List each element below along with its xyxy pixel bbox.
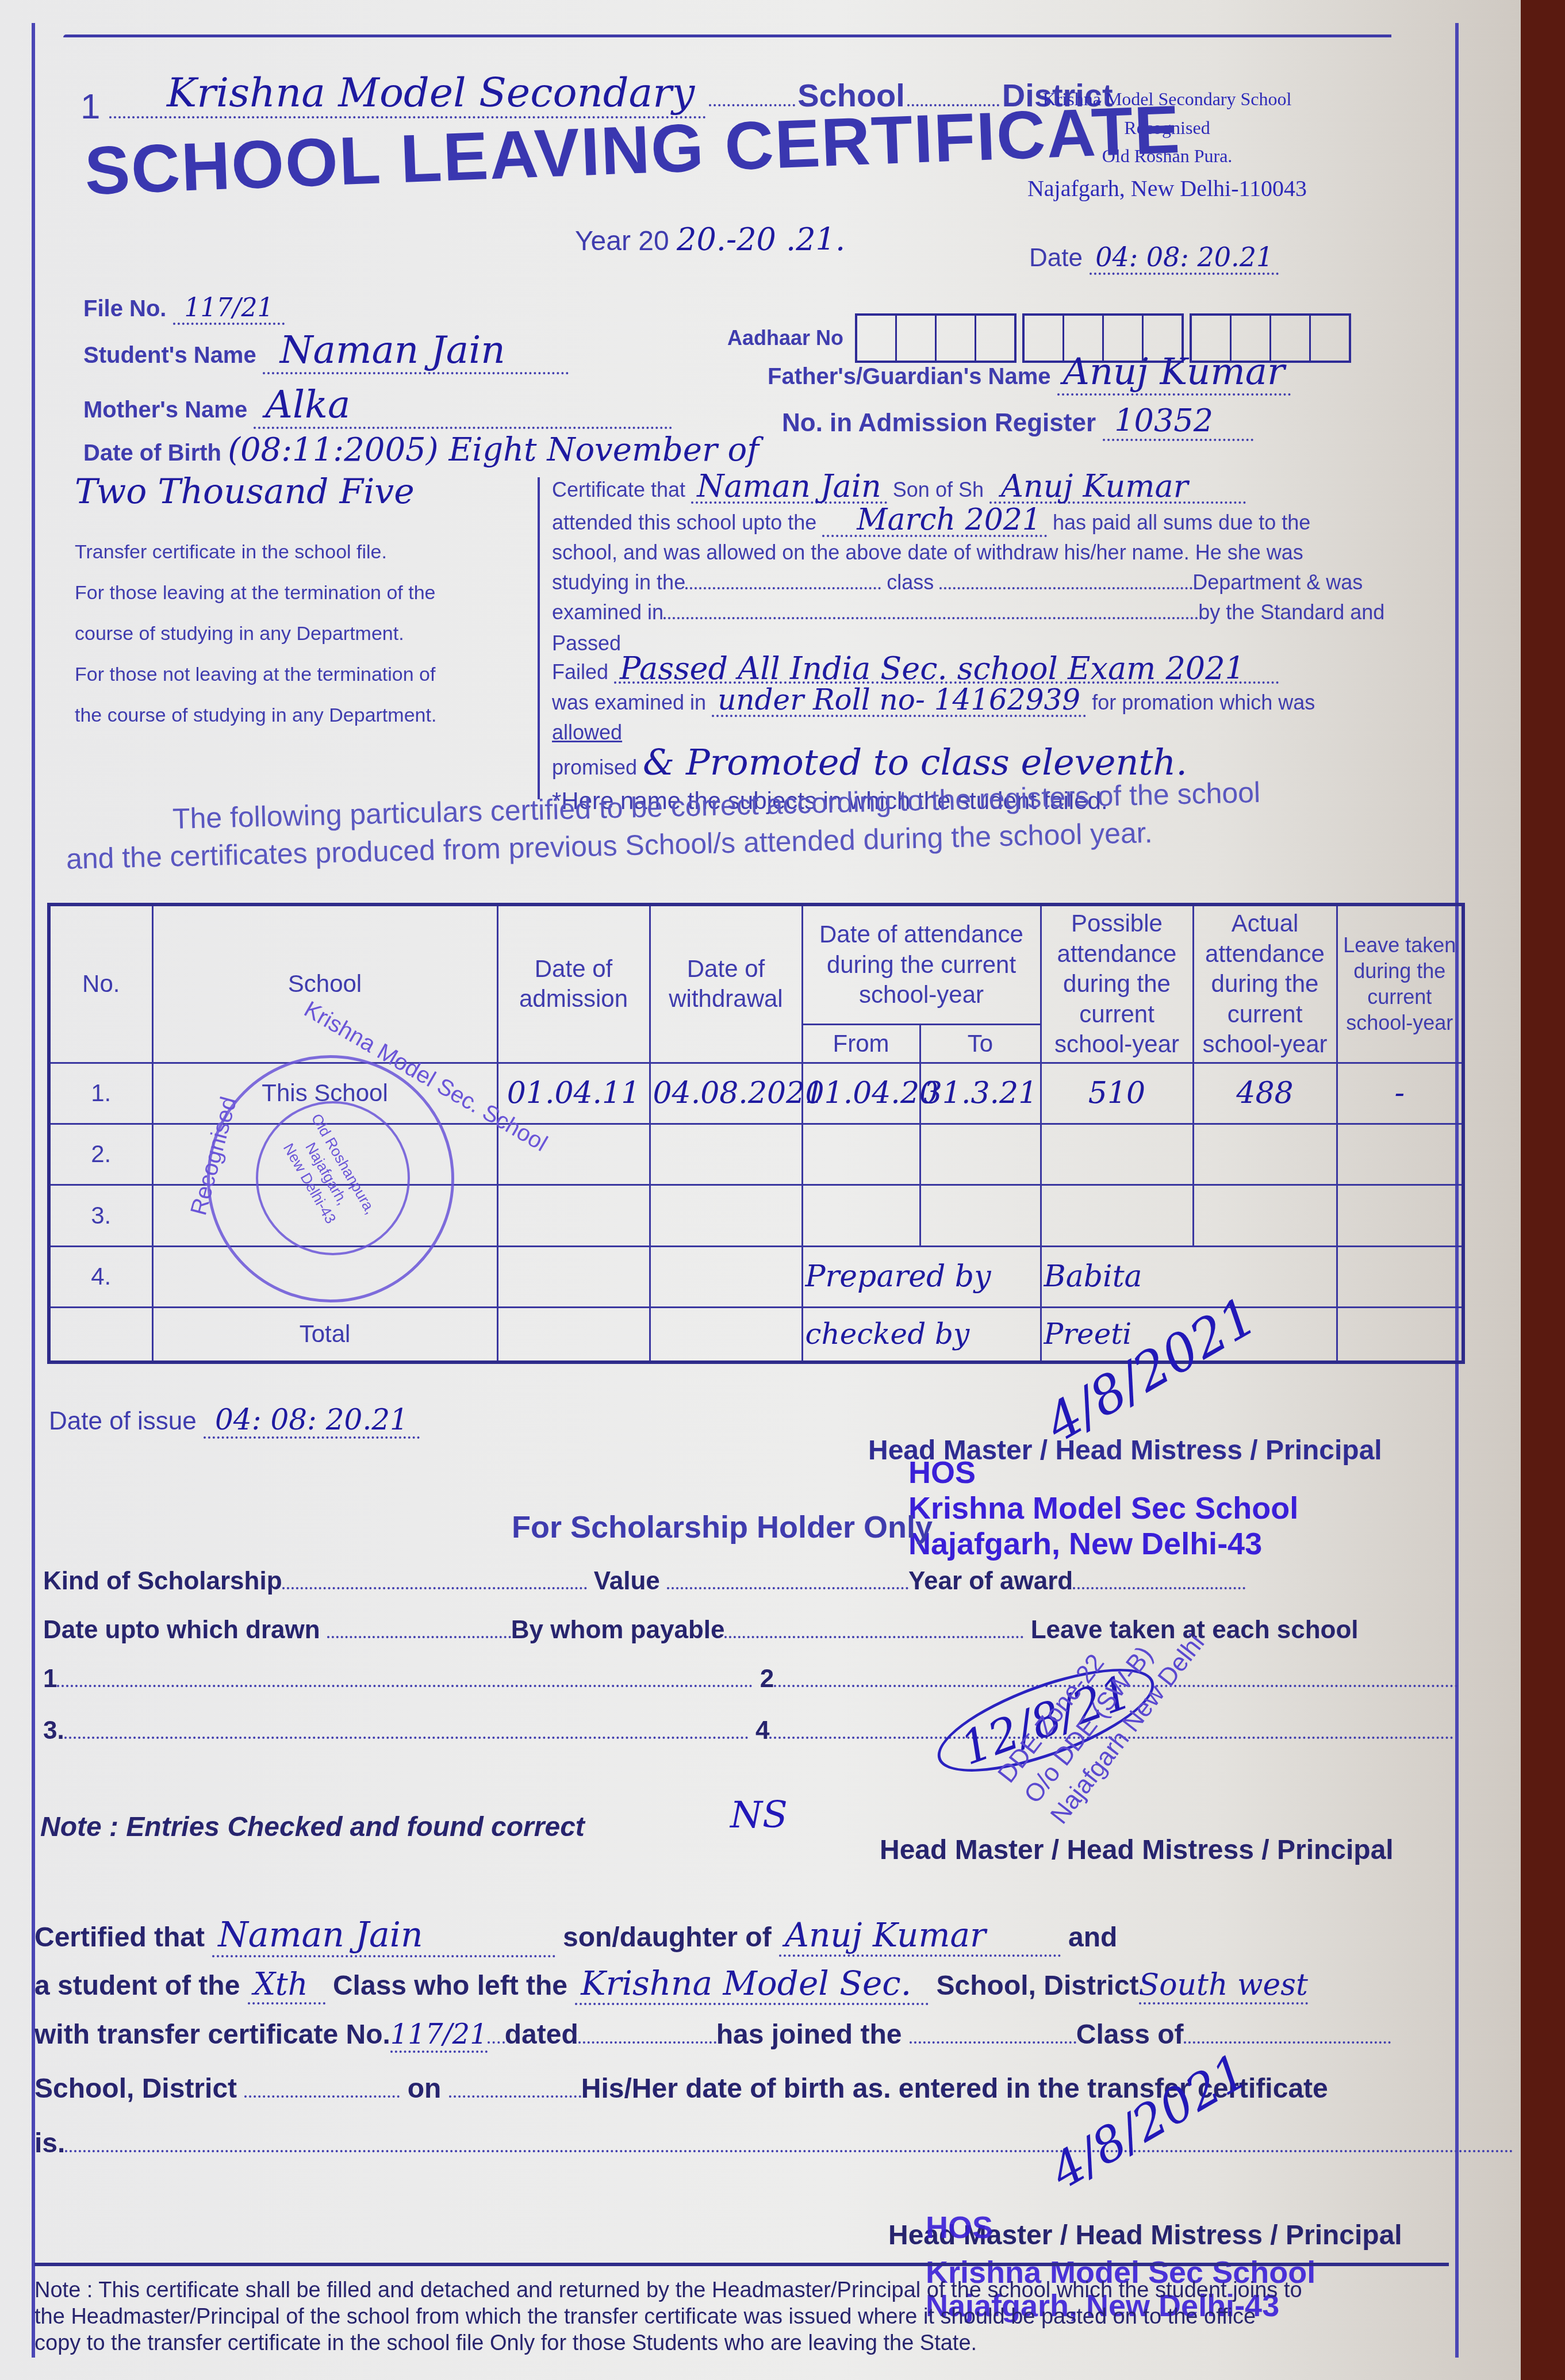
cert-student-name: Naman Jain [691, 472, 887, 504]
admission-register-label: No. in Admission Register [782, 409, 1096, 437]
hos-stamp-line: HOS [908, 1455, 1298, 1490]
cell-no: 4. [49, 1246, 152, 1307]
verification-initials: NS [730, 1794, 788, 1837]
col-leave: Leave taken during the current school-ye… [1337, 905, 1463, 1063]
joining-student-name: Naman Jain [212, 1915, 555, 1957]
cell-no: 1. [49, 1063, 152, 1124]
verification-note: Note : Entries Checked and found correct [40, 1811, 585, 1843]
failed-label: Failed [552, 660, 608, 684]
tc-label: with transfer certificate No. [34, 2019, 390, 2050]
payable-label: By whom payable [511, 1616, 725, 1644]
left-notes: Transfer certificate in the school file.… [75, 532, 436, 736]
school-name-value: Krishna Model Secondary [109, 69, 706, 118]
certified-that-label: Certified that [34, 1922, 205, 1953]
school-district-label: School, District [937, 1971, 1139, 2001]
class-of-label: Class of [1076, 2019, 1184, 2050]
mother-name-field: Mother's Name Alka [83, 382, 672, 429]
footer-note-line: the Headmaster/Principal of the school f… [34, 2304, 1302, 2330]
col-possible: Possible attendance during the current s… [1041, 905, 1193, 1063]
dob-label: Date of Birth [83, 440, 221, 466]
dated-label: dated [505, 2019, 578, 2050]
cell-admission: 01.04.11 [497, 1063, 650, 1124]
tc-no-value: 117/21 [390, 2018, 488, 2053]
file-no-label: File No. [83, 296, 166, 321]
prepared-by-label: Prepared by [802, 1246, 1041, 1307]
cell-actual: 488 [1193, 1063, 1337, 1124]
scholarship-row-4: 3. 4 [43, 1716, 1453, 1745]
total-cell [497, 1308, 650, 1362]
cell-to [920, 1124, 1041, 1185]
scholarship-item: 1 [43, 1665, 57, 1693]
father-name-field: Father's/Guardian's Name Anuj Kumar [768, 351, 1291, 396]
son-daughter-label: son/daughter of [563, 1922, 772, 1953]
cert-father-name: Anuj Kumar [989, 472, 1246, 504]
hos-stamp-line: HOS [926, 2211, 1315, 2244]
and-label: and [1068, 1922, 1117, 1953]
hos-stamp-line: Najafgarh, New Delhi-43 [908, 1526, 1298, 1562]
promotion-label: for promation which was [1092, 691, 1315, 714]
mother-name-value: Alka [254, 382, 672, 429]
scholarship-title: For Scholarship Holder Only [512, 1509, 933, 1545]
left-note: For those leaving at the termination of … [75, 573, 436, 614]
scholarship-item: 3. [43, 1716, 64, 1745]
cell-leave [1337, 1124, 1463, 1185]
prepared-by-name: Babita [1041, 1246, 1337, 1307]
hos-stamp: HOS Krishna Model Sec School Najafgarh, … [908, 1455, 1298, 1562]
cell-from: 01.04.20 [802, 1063, 920, 1124]
hos-stamp-line: Krishna Model Sec School [908, 1490, 1298, 1526]
cell-admission [497, 1246, 650, 1307]
cell-leave [1337, 1185, 1463, 1246]
promotion-value: & Promoted to class eleventh. [643, 741, 1187, 783]
scholarship-item: 4 [755, 1716, 769, 1745]
total-cell [1337, 1308, 1463, 1362]
examined-label: examined in [552, 600, 663, 624]
year-of-award-label: Year of award [908, 1567, 1073, 1595]
total-cell [650, 1308, 802, 1362]
cell-leave: - [1337, 1063, 1463, 1124]
cell-leave [1337, 1246, 1463, 1307]
col-admission: Date of admission [497, 905, 650, 1063]
roll-no-value: under Roll no- 14162939 [712, 685, 1086, 717]
col-school: School [152, 905, 497, 1063]
cell-from [802, 1185, 920, 1246]
student-name-value: Naman Jain [263, 328, 569, 374]
file-no-field: File No. 117/21 [83, 293, 285, 325]
issue-date-value: 04: 08: 20.21 [204, 1403, 420, 1439]
cell-withdrawal: 04.08.2021 [650, 1063, 802, 1124]
date-drawn-label: Date upto which drawn [43, 1616, 320, 1644]
col-withdrawal: Date of withdrawal [650, 905, 802, 1063]
class-label: class [887, 570, 934, 594]
issue-date-field: Date of issue 04: 08: 20.21 [49, 1403, 420, 1439]
admission-register-value: 10352 [1103, 403, 1253, 441]
is-label: is. [34, 2128, 65, 2159]
cell-to: 31.3.21 [920, 1063, 1041, 1124]
cell-to [920, 1185, 1041, 1246]
year-label: Year 20 [575, 226, 669, 256]
cell-withdrawal [650, 1185, 802, 1246]
cell-no: 2. [49, 1124, 152, 1185]
col-no: No. [49, 905, 152, 1063]
cell-withdrawal [650, 1246, 802, 1307]
total-no-cell [49, 1308, 152, 1362]
joining-parent-name: Anuj Kumar [779, 1915, 1061, 1957]
scholarship-row-3: 1 2 [43, 1665, 1458, 1693]
paid-dues-label: has paid all sums due to the [1053, 511, 1310, 534]
kind-label: Kind of Scholarship [43, 1567, 282, 1595]
value-label: Value [594, 1567, 660, 1595]
attended-label: attended this school upto the [552, 511, 816, 534]
admission-register-field: No. in Admission Register 10352 [782, 403, 1253, 441]
standard-label: by the Standard and [1198, 600, 1384, 624]
checked-by-label: checked by [802, 1308, 1041, 1362]
top-border [63, 35, 1391, 37]
joining-line-5: is. [34, 2128, 1514, 2159]
left-note: course of studying in any Department. [75, 614, 436, 654]
joining-line-1: Certified that Naman Jain son/daughter o… [34, 1915, 1117, 1957]
exam-result-value: Passed All India Sec. school Exam 2021 [614, 656, 1279, 684]
father-name-value: Anuj Kumar [1057, 351, 1291, 396]
school-district-label-2: School, District [34, 2074, 237, 2104]
footer-note-line: Note : This certificate shall be filled … [34, 2277, 1302, 2304]
mother-name-label: Mother's Name [83, 397, 247, 423]
withdraw-text: school, and was allowed on the above dat… [552, 538, 1414, 568]
footer-note: Note : This certificate shall be filled … [34, 2277, 1302, 2356]
department-label: Department & was [1192, 570, 1363, 594]
dob-value: (08:11:2005) Eight November of [228, 431, 759, 469]
district-value: South west [1139, 1968, 1308, 2005]
date-value: 04: 08: 20.21 [1090, 242, 1279, 275]
student-name-field: Student's Name Naman Jain [83, 328, 569, 374]
dob-field: Date of Birth (08:11:2005) Eight Novembe… [83, 431, 759, 469]
cell-actual [1193, 1185, 1337, 1246]
class-who-left-label: Class who left the [333, 1971, 567, 2001]
joined-label: has joined the [716, 2019, 902, 2050]
father-name-label: Father's/Guardian's Name [768, 364, 1051, 389]
attended-upto-value: March 2021 [822, 505, 1047, 537]
cell-from [802, 1124, 920, 1185]
aadhaar-digit-box[interactable] [1311, 316, 1349, 361]
total-label: Total [152, 1308, 497, 1362]
verification-signatory-label: Head Master / Head Mistress / Principal [880, 1834, 1394, 1866]
serial-mark: 1 [80, 86, 100, 127]
stamp-line: Najafgarh, New Delhi-110043 [949, 171, 1386, 206]
aadhaar-label: Aadhaar No [727, 326, 843, 350]
cell-possible: 510 [1041, 1063, 1193, 1124]
scholarship-item: 2 [760, 1665, 774, 1693]
col-from: From [802, 1025, 920, 1063]
examined-in-label: was examined in [552, 691, 706, 714]
cell-no: 3. [49, 1185, 152, 1246]
cell-withdrawal [650, 1124, 802, 1185]
cell-admission [497, 1185, 650, 1246]
col-to: To [920, 1025, 1041, 1063]
son-of-label: Son of Sh [893, 478, 984, 501]
studying-label: studying in the [552, 570, 685, 594]
date-field: Date 04: 08: 20.21 [1029, 242, 1279, 275]
cell-possible [1041, 1124, 1193, 1185]
dob-words: Two Thousand Five [75, 472, 415, 512]
cell-actual [1193, 1124, 1337, 1185]
on-label: on [408, 2074, 442, 2104]
issue-date-label: Date of issue [49, 1407, 197, 1435]
cert-that-label: Certificate that [552, 478, 685, 501]
student-name-label: Student's Name [83, 343, 256, 368]
file-no-value: 117/21 [173, 293, 285, 325]
joining-line-2: a student of the Xth Class who left the … [34, 1964, 1308, 2005]
left-school-value: Krishna Model Sec. [575, 1964, 929, 2005]
date-label: Date [1029, 244, 1083, 272]
joining-class-value: Xth [248, 1966, 325, 2005]
footer-note-line: copy to the transfer certificate in the … [34, 2330, 1302, 2356]
column-divider [538, 477, 540, 799]
cell-possible [1041, 1185, 1193, 1246]
left-note: the course of studying in any Department… [75, 695, 436, 736]
left-note: Transfer certificate in the school file. [75, 532, 436, 573]
col-actual: Actual attendance during the current sch… [1193, 905, 1337, 1063]
col-attendance-range: Date of attendance during the current sc… [802, 905, 1041, 1025]
footer-divider [34, 2263, 1449, 2266]
scholarship-row-1: Kind of Scholarship Value Year of award [43, 1567, 1245, 1596]
joining-line-3: with transfer certificate No.117/21dated… [34, 2018, 1391, 2053]
promised-label: promised [552, 756, 637, 779]
left-note: For those not leaving at the termination… [75, 654, 436, 695]
student-of-label: a student of the [34, 1971, 240, 2001]
certificate-block: Certificate that Naman Jain Son of Sh An… [552, 472, 1414, 816]
year-value: 20.-20 .21. [677, 221, 845, 258]
year-field: Year 20 20.-20 .21. [575, 221, 845, 258]
